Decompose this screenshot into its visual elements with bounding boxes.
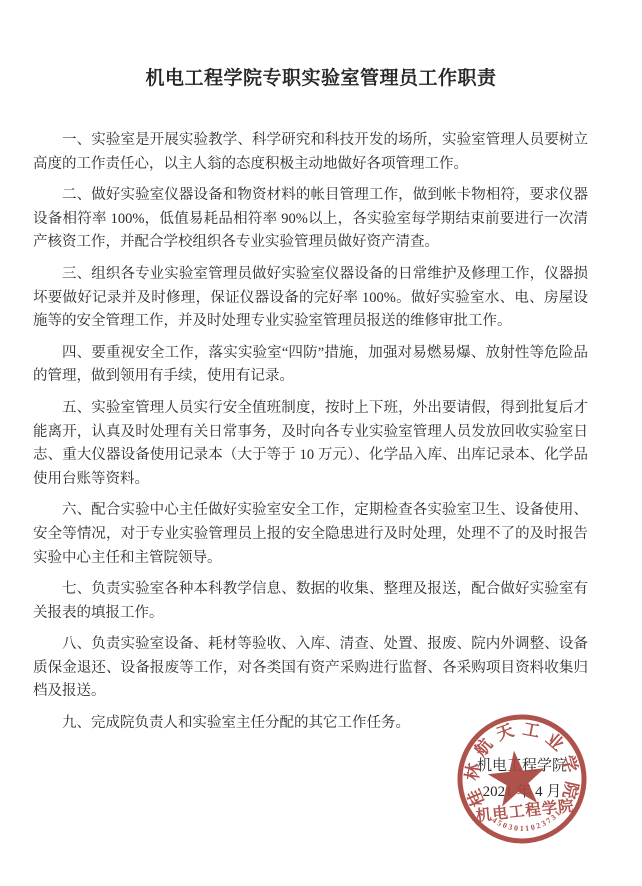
document-page: 机电工程学院专职实验室管理员工作职责 一、实验室是开展实验教学、科学研究和科技开… [0,0,642,886]
paragraph: 五、实验室管理人员实行安全值班制度，按时上下班，外出要请假，得到批复后才能离开，… [33,397,588,491]
signature-date: 2021 年 4 月 [402,779,642,805]
paragraph: 三、组织各专业实验室管理员做好实验室仪器设备的日常维护及修理工作，仪器损坏要做好… [33,263,588,334]
paragraph: 六、配合实验中心主任做好实验室安全工作，定期检查各实验室卫生、设备使用、安全等情… [33,499,588,570]
paragraph: 九、完成院负责人和实验室主任分配的其它工作任务。 [33,712,588,736]
document-body: 一、实验室是开展实验教学、科学研究和科技开发的场所，实验室管理人员要树立高度的工… [33,129,588,736]
paragraph: 四、要重视安全工作，落实实验室“四防”措施，加强对易燃易爆、放射性等危险品的管理… [33,342,588,389]
paragraph: 七、负责实验室各种本科教学信息、数据的收集、整理及报送，配合做好实验室有关报表的… [33,578,588,625]
paragraph: 八、负责实验室设备、耗材等验收、入库、清查、处置、报废、院内外调整、设备质保金退… [33,633,588,704]
paragraph: 一、实验室是开展实验教学、科学研究和科技开发的场所，实验室管理人员要树立高度的工… [33,129,588,176]
paragraph: 二、做好实验室仪器设备和物资材料的帐目管理工作，做到帐卡物相符，要求仪器设备相符… [33,184,588,255]
signature-block: 机电工程学院 2021 年 4 月 [402,753,642,805]
signature-org: 机电工程学院 [402,753,642,779]
svg-text:4503011023731: 4503011023731 [490,808,564,836]
seal-serial-number: 4503011023731 [490,808,564,836]
page-title: 机电工程学院专职实验室管理员工作职责 [0,0,642,90]
